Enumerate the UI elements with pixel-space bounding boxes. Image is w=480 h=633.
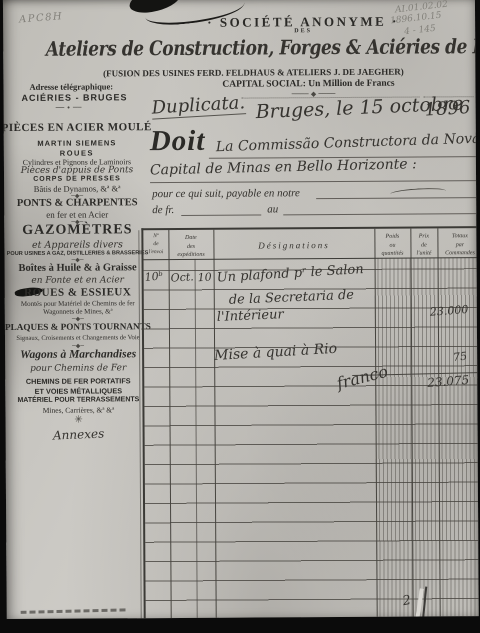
sidebar-item-mines-carrieres: Mines, Carrières, &ª &ª: [43, 405, 114, 414]
doit-label: Doit: [150, 125, 206, 158]
invoice-paper: APC8H AI.01.02.02 1896.10.15 4 - 145 · S…: [3, 0, 479, 619]
capital-line: CAPITAL SOCIAL: Un Million de Francs: [163, 78, 453, 90]
sidebar-item-roues-essieux: ROUES & ESSIEUX: [24, 286, 131, 299]
telegraph-address: ACIÉRIES - BRUGES: [22, 92, 128, 103]
entry-amount2: 75: [452, 350, 467, 364]
sidebar-item-martin-siemens: MARTIN SIEMENS: [37, 138, 116, 147]
col-header-totals: Totaux par Commandes: [437, 232, 478, 258]
col-header-weight: Poids ou quantités: [374, 233, 410, 259]
printer-imprint: [21, 608, 127, 613]
terms-rule: [316, 197, 479, 199]
au-rule: [283, 213, 478, 215]
company-title: Ateliers de Construction, Forges & Aciér…: [46, 34, 439, 60]
sidebar-item-boites-huile: Boîtes à Huile & à Graisse: [18, 262, 136, 274]
sidebar-item-annexes: Annexes: [53, 427, 105, 443]
client-line1: La Commissão Constructora da Nova: [216, 131, 479, 156]
sidebar-item-cdf-portatifs: CHEMINS DE FER PORTATIFS: [26, 376, 131, 386]
flourish-ornament: ✳: [74, 415, 82, 426]
entry-month: Oct.: [170, 270, 194, 284]
invoice-table: Nº de l'envoi Date des expéditions Désig…: [141, 226, 478, 619]
col-header-designation: Désignations: [213, 239, 374, 253]
ledger-lines-weight: [375, 258, 413, 618]
client-line2-rule: [150, 180, 479, 183]
archivist-code: APC8H: [19, 11, 64, 25]
de-fr-rule: [181, 214, 261, 215]
sidebar-item-chemins-fer: pour Chemins de Fer: [30, 363, 126, 374]
sidebar-item-roues: ROUES: [60, 149, 94, 158]
entry-case-no: 10ᵇ: [144, 269, 164, 284]
duplicata-note: Duplicata.: [151, 92, 246, 119]
fusion-line: (FUSION DES USINES FERD. FELDHAUS & ATEL…: [58, 66, 448, 78]
col-header-unit-price: Prix de l'unité: [410, 232, 437, 258]
terms-line: pour ce qui suit, payable en notre: [152, 187, 300, 200]
scanned-photo: APC8H AI.01.02.02 1896.10.15 4 - 145 · S…: [0, 0, 480, 633]
au-label: au: [267, 203, 278, 215]
sidebar-item-fonte-acier: en Fonte et en Acier: [31, 275, 124, 286]
col-header-no: Nº de l'envoi: [143, 233, 168, 257]
sidebar-item-pieces-acier: PIÈCES EN ACIER MOULÉ: [3, 121, 152, 134]
table-left-double-rule: [138, 230, 141, 619]
entry-day: 10: [197, 270, 212, 284]
sidebar-item-gazometres: GAZOMÈTRES: [22, 222, 132, 239]
sidebar-item-plaques-ponts: PLAQUES & PONTS TOURNANTS: [5, 321, 151, 332]
sidebar-item-appareils-divers: et Appareils divers: [32, 239, 123, 251]
telegraph-divider-ornament: ── ∙ ──: [24, 103, 114, 112]
sidebar-item-ponts-charpentes: PONTS & CHARPENTES: [17, 197, 138, 209]
sidebar-item-wagonnets: Wagonnets de Mines, &ª: [43, 307, 112, 315]
client-line2: Capital de Minas en Bello Horizonte :: [150, 156, 417, 178]
telegraph-label: Adresse télégraphique:: [29, 81, 113, 92]
sidebar-item-voies-metalliques: ET VOIES MÉTALLIQUES: [35, 386, 122, 396]
sidebar-item-signaux: Signaux, Croisements et Changements de V…: [16, 334, 139, 342]
sidebar-item-wagons: Wagons à Marchandises: [20, 348, 136, 361]
de-fr-label: de fr.: [152, 204, 174, 216]
entry-designation-line3: l'Intérieur: [217, 307, 284, 325]
sidebar-item-corps-presses: CORPS DE PRESSES: [33, 175, 121, 183]
sidebar-item-pieces-appuis: Pièces d'appuis de Ponts: [21, 165, 134, 176]
year: 1896: [424, 97, 471, 121]
sidebar-item-materiel-terrassements: MATÉRIEL POUR TERRASSEMENTS: [17, 396, 139, 404]
col-header-date: Date des expéditions: [168, 234, 213, 260]
